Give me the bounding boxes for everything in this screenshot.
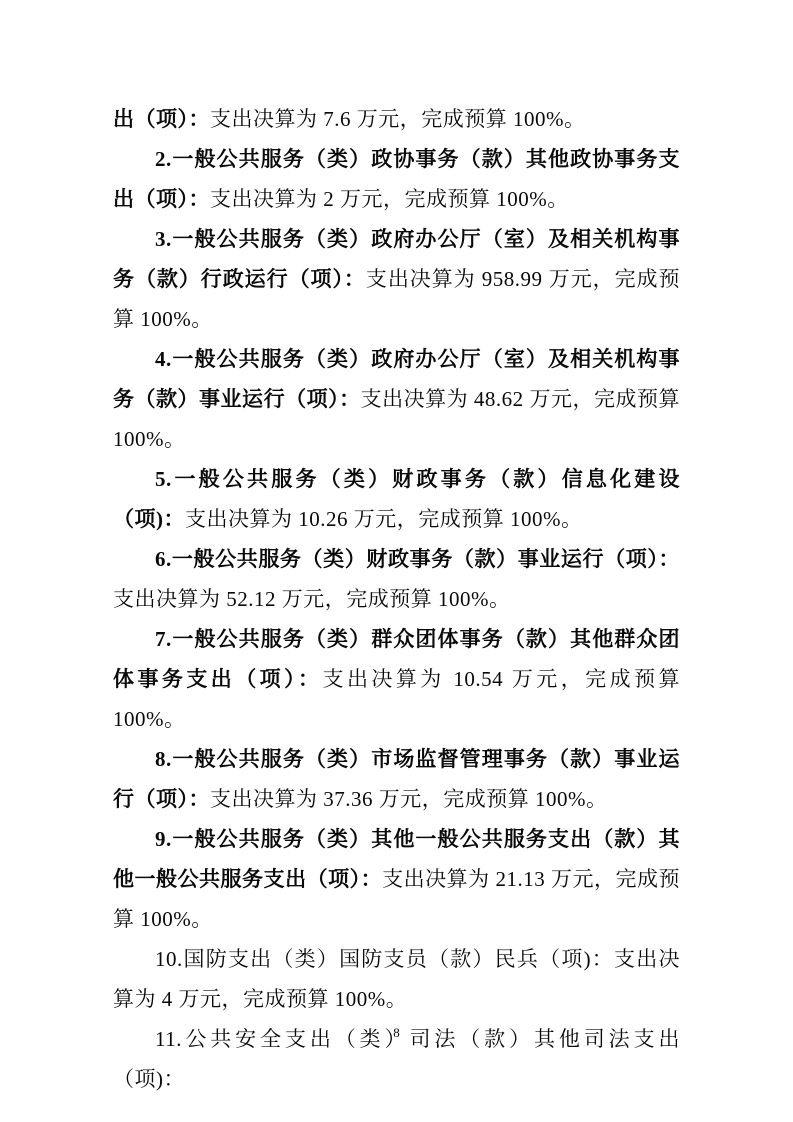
budget-item-2: 2.一般公共服务（类）政协事务（款）其他政协事务支出（项）：支出决算为 2 万元… [113,139,680,219]
budget-item-7: 7.一般公共服务（类）群众团体事务（款）其他群众团体事务支出（项）：支出决算为 … [113,619,680,739]
document-page: 出（项）：支出决算为 7.6 万元，完成预算 100%。 2.一般公共服务（类）… [0,0,793,1122]
budget-item-6: 6.一般公共服务（类）财政事务（款）事业运行（项）：支出决算为 52.12 万元… [113,539,680,619]
item-5-value: 支出决算为 10.26 万元，完成预算 100%。 [185,507,583,531]
budget-item-9: 9.一般公共服务（类）其他一般公共服务支出（款）其他一般公共服务支出（项）：支出… [113,819,680,939]
budget-item-1-continuation: 出（项）：支出决算为 7.6 万元，完成预算 100%。 [113,99,680,139]
budget-item-3: 3.一般公共服务（类）政府办公厅（室）及相关机构事务（款）行政运行（项）：支出决… [113,219,680,339]
page-number: 8 [0,1023,793,1043]
budget-item-4: 4.一般公共服务（类）政府办公厅（室）及相关机构事务（款）事业运行（项）：支出决… [113,339,680,459]
budget-item-5: 5.一般公共服务（类）财政事务（款）信息化建设（项)：支出决算为 10.26 万… [113,459,680,539]
page-body-text: 出（项）：支出决算为 7.6 万元，完成预算 100%。 2.一般公共服务（类）… [113,99,680,1099]
item-1-value: 支出决算为 7.6 万元，完成预算 100%。 [210,107,586,131]
item-1-label: 出（项）： [113,107,210,131]
item-6-value: 支出决算为 52.12 万元，完成预算 100%。 [113,587,511,611]
item-8-value: 支出决算为 37.36 万元，完成预算 100%。 [210,787,608,811]
budget-item-8: 8.一般公共服务（类）市场监督管理事务（款）事业运行（项）：支出决算为 37.3… [113,739,680,819]
budget-item-10: 10.国防支出（类）国防支员（款）民兵（项)：支出决算为 4 万元，完成预算 1… [113,939,680,1019]
item-10-value: 10.国防支出（类）国防支员（款）民兵（项)：支出决算为 4 万元，完成预算 1… [113,947,680,1011]
item-2-value: 支出决算为 2 万元，完成预算 100%。 [210,187,569,211]
item-6-label: 6.一般公共服务（类）财政事务（款）事业运行（项）： [155,547,680,571]
